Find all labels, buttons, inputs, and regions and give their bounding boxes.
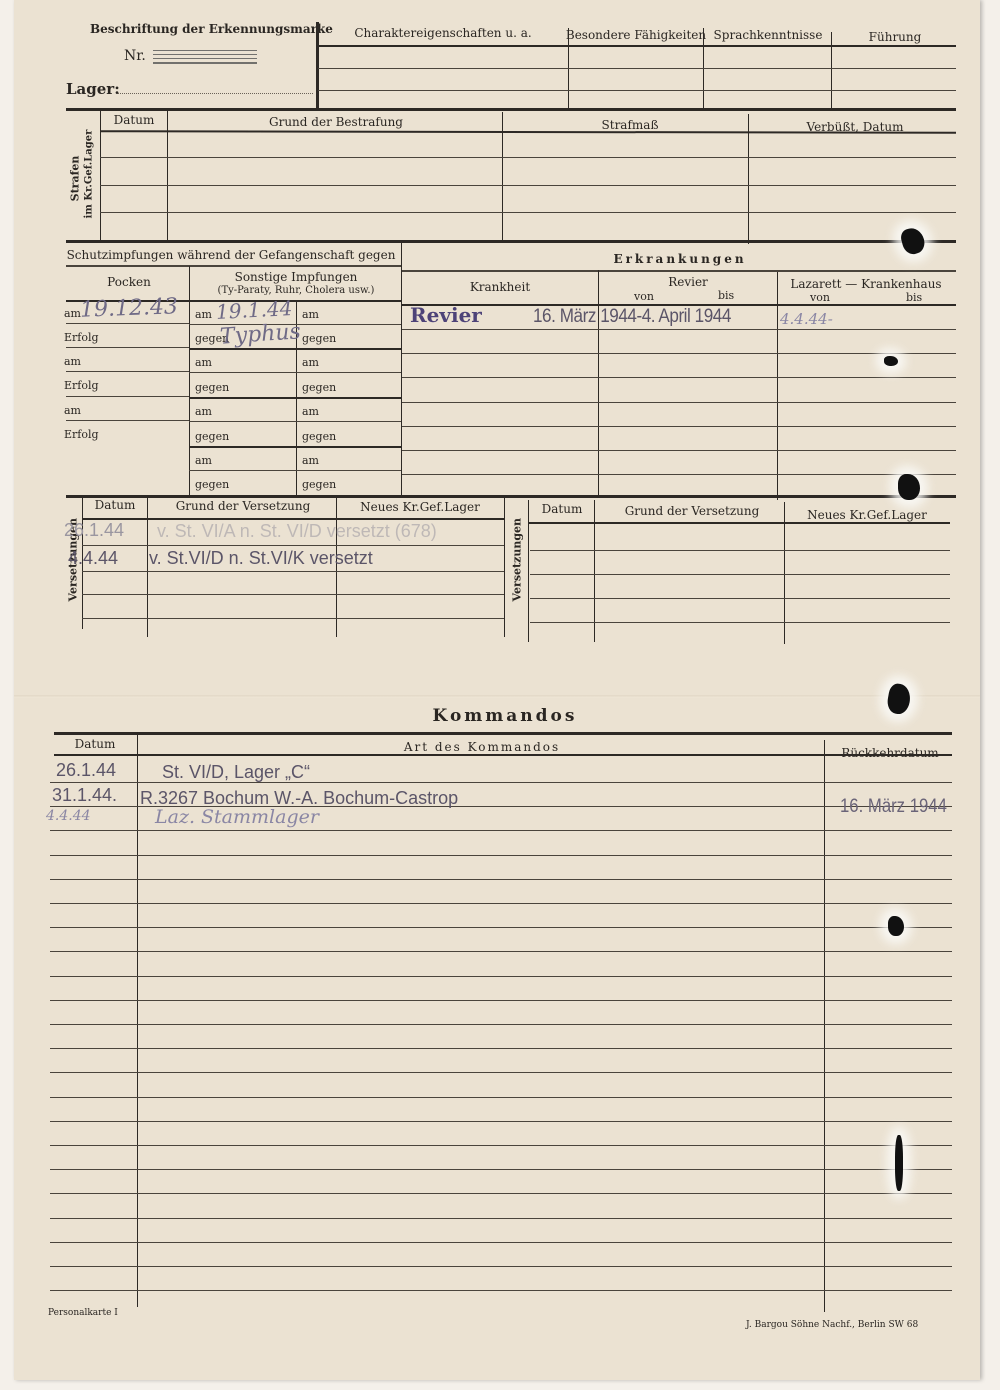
sonstige-b-2: gegen: [302, 332, 336, 345]
ruled-line: [50, 830, 952, 831]
vers-right-col-datum: Datum: [542, 502, 583, 516]
col-krankheit: Krankheit: [470, 280, 530, 294]
ruled-line: [50, 1048, 952, 1049]
lager-label: Lager:: [66, 80, 120, 98]
kommando-row-2-rueckkehr: 16. März 1944: [840, 796, 947, 818]
lazarett-bis: bis: [906, 291, 922, 304]
damage-hole-3: [898, 474, 920, 500]
col-languages: Sprachkenntnisse: [714, 28, 823, 42]
ruled-line: [50, 976, 952, 977]
ruled-line: [50, 855, 952, 856]
vers-right-col-grund: Grund der Versetzung: [625, 504, 760, 518]
pocken-row-1: am: [64, 307, 81, 320]
ruled-line: [50, 1121, 952, 1122]
ruled-line: [50, 1000, 952, 1001]
pocken-row-4: Erfolg: [64, 379, 99, 392]
pocken-row-2: Erfolg: [64, 331, 99, 344]
kommandos-col-art: Art des Kommandos: [404, 740, 560, 754]
pocken-row-5: am: [64, 404, 81, 417]
erkrankungen-title: Erkrankungen: [613, 252, 746, 266]
pocken-row-6: Erfolg: [64, 428, 99, 441]
ruled-line: [50, 1193, 952, 1194]
ruled-line: [50, 1072, 952, 1073]
damage-hole-5: [888, 916, 904, 936]
vers-row-2-grund: v. St.VI/D n. St.VI/K versetzt: [149, 548, 373, 569]
strafen-col-datum: Datum: [114, 113, 155, 127]
ruled-line: [50, 1218, 952, 1219]
kommandos-col-datum: Datum: [75, 737, 116, 751]
footer-printer: J. Bargou Söhne Nachf., Berlin SW 68: [746, 1320, 918, 1330]
ruled-line: [50, 903, 952, 904]
col-lazarett: Lazarett — Krankenhaus: [790, 277, 941, 291]
strafen-side-label: Strafen im Kr.Gef.Lager: [69, 139, 96, 219]
col-conduct: Führung: [869, 30, 922, 44]
revier-bis: bis: [718, 289, 734, 302]
versetzungen-side-label-right: Versetzungen: [511, 532, 524, 602]
col-character: Charaktereigenschaften u. a.: [354, 26, 531, 40]
vers-left-col-grund: Grund der Versetzung: [176, 499, 311, 513]
sonstige-a-7: am: [195, 454, 212, 467]
pocken-row-3: am: [64, 355, 81, 368]
damage-hole-2: [884, 356, 898, 366]
kommandos-col-rueckkehr: Rückkehrdatum: [841, 746, 938, 760]
vers-row-2-datum: 4.4.44: [68, 548, 118, 569]
vers-left-col-lager: Neues Kr.Gef.Lager: [360, 500, 480, 514]
lazarett-von-entry: 4.4.44-: [780, 310, 833, 328]
damage-hole-6: [895, 1135, 903, 1191]
col-abilities: Besondere Fähigkeiten: [566, 28, 706, 42]
ruled-line: [50, 1024, 952, 1025]
col-revier: Revier: [668, 275, 708, 289]
strafen-label-2: im Kr.Gef.Lager: [84, 130, 95, 219]
ruled-line: [50, 1242, 952, 1243]
kommando-row-3-art: Laz. Stammlager: [155, 806, 319, 828]
kommando-row-2-datum: 31.1.44.: [52, 785, 117, 806]
strafen-label-1: Strafen: [69, 156, 82, 202]
strafen-col-grund: Grund der Bestrafung: [269, 115, 403, 129]
vers-left-col-datum: Datum: [95, 498, 136, 512]
sonstige-b-3: am: [302, 356, 319, 369]
ruled-line: [50, 1097, 952, 1098]
impfungen-title: Schutzimpfungen während der Gefangenscha…: [67, 248, 396, 262]
sonstige-sub: (Ty-Paraty, Ruhr, Cholera usw.): [218, 285, 375, 296]
vers-row-1-grund: v. St. VI/A n. St. VI/D versetzt (678): [157, 521, 437, 542]
vers-row-1-datum: 26.1.44: [64, 520, 124, 541]
ruled-line: [50, 1266, 952, 1267]
personnel-card-page: [14, 0, 980, 1380]
footer-form-name: Personalkarte I: [48, 1308, 118, 1318]
sonstige-b-4: gegen: [302, 381, 336, 394]
kommando-row-1-datum: 26.1.44: [56, 760, 116, 781]
lazarett-von: von: [810, 291, 830, 304]
sonstige-b-7: am: [302, 454, 319, 467]
krankheit-entry: Revier: [410, 303, 482, 327]
kommandos-title: Kommandos: [433, 706, 578, 726]
ruled-line: [50, 1169, 952, 1170]
sonstige-b-6: gegen: [302, 430, 336, 443]
sonstige-label: Sonstige Impfungen: [235, 270, 358, 284]
sonstige-a-8: gegen: [195, 478, 229, 491]
tag-label: Beschriftung der Erkennungsmarke: [90, 22, 333, 36]
revier-von: von: [634, 290, 654, 303]
sonstige-a-1: am: [195, 308, 212, 321]
ruled-line: [50, 879, 952, 880]
ruled-line: [50, 927, 952, 928]
sonstige-b-5: am: [302, 405, 319, 418]
ruled-line: [50, 951, 952, 952]
pocken-date-handwritten: 19.12.43: [80, 294, 179, 322]
sonstige-a-4: gegen: [195, 381, 229, 394]
ruled-line: [50, 1290, 952, 1291]
nr-label: Nr.: [124, 48, 146, 64]
kommando-row-3-datum: 4.4.44: [46, 808, 91, 824]
strafen-col-strafmass: Strafmaß: [602, 118, 659, 132]
sonstige-b-1: am: [302, 308, 319, 321]
ruled-line: [50, 1145, 952, 1146]
sonstige-a-3: am: [195, 356, 212, 369]
sonstige-b-8: gegen: [302, 478, 336, 491]
vers-right-col-lager: Neues Kr.Gef.Lager: [807, 508, 927, 522]
fold-line: [14, 695, 980, 698]
sonstige-a-6: gegen: [195, 430, 229, 443]
sonstige-a-5: am: [195, 405, 212, 418]
kommando-row-1-art: St. VI/D, Lager „C“: [162, 762, 310, 783]
lager-field[interactable]: [118, 93, 313, 94]
nr-lines: [153, 50, 257, 64]
pocken-label: Pocken: [107, 275, 151, 289]
revier-dates-entry: 16. März 1944-4. April 1944: [533, 306, 731, 328]
